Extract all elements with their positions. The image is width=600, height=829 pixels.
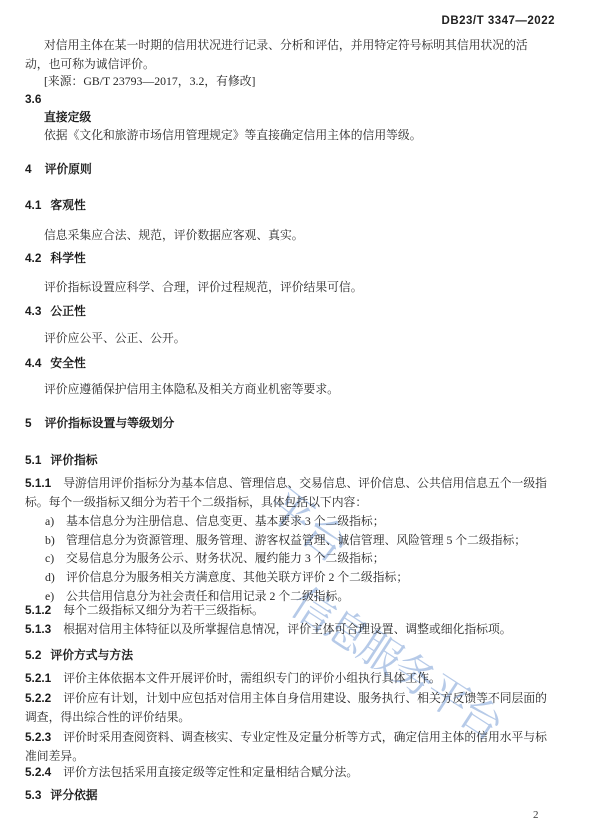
heading-4-2-title: 科学性 xyxy=(50,251,85,265)
intro-paragraph: 对信用主体在某一时期的信用状况进行记录、分析和评估，并用特定符号标明其信用状况的… xyxy=(25,36,551,73)
chapter-4-heading: 4评价原则 xyxy=(25,160,551,179)
heading-5-2-title: 评价方式与方法 xyxy=(50,648,133,662)
term-title: 直接定级 xyxy=(25,108,551,127)
clause-5-2-3: 5.2.3评价时采用查阅资料、调查核实、专业定性及定量分析等方式，确定信用主体的… xyxy=(25,728,551,765)
body-4-3: 评价应公平、公正、公开。 xyxy=(25,329,551,348)
clause-5-2-4-text: 评价方法包括采用直接定级等定性和定量相结合赋分法。 xyxy=(63,765,358,779)
body-4-4: 评价应遵循保护信用主体隐私及相关方商业机密等要求。 xyxy=(25,380,551,399)
list-item-d-label: d) xyxy=(45,568,66,587)
body-4-2: 评价指标设置应科学、合理，评价过程规范，评价结果可信。 xyxy=(25,278,551,297)
heading-5-3-title: 评分依据 xyxy=(50,788,97,802)
clause-5-2-2-text: 评价应有计划，计划中应包括对信用主体自身信用建设、服务执行、相关方反馈等不同层面… xyxy=(25,691,547,724)
heading-4-2-number: 4.2 xyxy=(25,251,41,265)
heading-4-3-number: 4.3 xyxy=(25,304,41,318)
list-item-b-label: b) xyxy=(45,531,66,550)
heading-4-4-title: 安全性 xyxy=(50,356,85,370)
chapter-4-number: 4 xyxy=(25,162,32,176)
chapter-5-title: 评价指标设置与等级划分 xyxy=(45,416,175,430)
list-item-d-text: 评价信息分为服务相关方满意度、其他关联方评价 2 个二级指标； xyxy=(66,568,551,587)
term-definition: 依据《文化和旅游市场信用管理规定》等直接确定信用主体的信用等级。 xyxy=(25,126,551,145)
chapter-5-number: 5 xyxy=(25,416,32,430)
list-item-d: d)评价信息分为服务相关方满意度、其他关联方评价 2 个二级指标； xyxy=(25,568,551,587)
heading-4-1: 4.1客观性 xyxy=(25,196,551,215)
heading-4-4: 4.4安全性 xyxy=(25,354,551,373)
list-item-c-text: 交易信息分为服务公示、财务状况、履约能力 3 个二级指标； xyxy=(66,549,551,568)
heading-5-1-number: 5.1 xyxy=(25,453,41,467)
clause-5-1-3-number: 5.1.3 xyxy=(25,622,51,636)
heading-4-3: 4.3公正性 xyxy=(25,302,551,321)
clause-5-2-3-number: 5.2.3 xyxy=(25,730,51,744)
term-number-3-6: 3.6 xyxy=(25,90,551,109)
clause-5-2-2-number: 5.2.2 xyxy=(25,691,51,705)
heading-5-1: 5.1评价指标 xyxy=(25,451,551,470)
list-item-a: a)基本信息分为注册信息、信息变更、基本要求 3 个二级指标； xyxy=(25,512,551,531)
clause-5-1-1-number: 5.1.1 xyxy=(25,476,51,490)
clause-5-1-1-text: 导游信用评价指标分为基本信息、管理信息、交易信息、评价信息、公共信用信息五个一级… xyxy=(25,476,547,509)
clause-5-1-2: 5.1.2每个二级指标又细分为若干三级指标。 xyxy=(25,601,551,620)
chapter-5-heading: 5评价指标设置与等级划分 xyxy=(25,414,551,433)
standard-number-header: DB23/T 3347—2022 xyxy=(442,12,555,31)
clause-5-2-1: 5.2.1评价主体依据本文件开展评价时，需组织专门的评价小组执行具体工作。 xyxy=(25,669,551,688)
list-item-a-text: 基本信息分为注册信息、信息变更、基本要求 3 个二级指标； xyxy=(66,512,551,531)
clause-5-2-1-number: 5.2.1 xyxy=(25,671,51,685)
source-note: [来源：GB/T 23793—2017，3.2，有修改] xyxy=(25,72,551,91)
clause-5-2-4: 5.2.4评价方法包括采用直接定级等定性和定量相结合赋分法。 xyxy=(25,763,551,782)
list-item-c: c)交易信息分为服务公示、财务状况、履约能力 3 个二级指标； xyxy=(25,549,551,568)
heading-4-4-number: 4.4 xyxy=(25,356,41,370)
clause-5-2-4-number: 5.2.4 xyxy=(25,765,51,779)
list-item-b: b)管理信息分为资源管理、服务管理、游客权益管理、诚信管理、风险管理 5 个二级… xyxy=(25,531,551,550)
clause-5-2-1-text: 评价主体依据本文件开展评价时，需组织专门的评价小组执行具体工作。 xyxy=(63,671,441,685)
clause-5-1-2-number: 5.1.2 xyxy=(25,603,51,617)
chapter-4-title: 评价原则 xyxy=(45,162,92,176)
heading-4-2: 4.2科学性 xyxy=(25,249,551,268)
heading-5-1-title: 评价指标 xyxy=(50,453,97,467)
clause-5-1-3-text: 根据对信用主体特征以及所掌握信息情况，评价主体可合理设置、调整或细化指标项。 xyxy=(63,622,511,636)
heading-4-1-title: 客观性 xyxy=(50,198,85,212)
list-item-c-label: c) xyxy=(45,549,66,568)
clause-5-1-1: 5.1.1导游信用评价指标分为基本信息、管理信息、交易信息、评价信息、公共信用信… xyxy=(25,474,551,511)
list-item-a-label: a) xyxy=(45,512,66,531)
heading-5-2-number: 5.2 xyxy=(25,648,41,662)
clause-5-2-3-text: 评价时采用查阅资料、调查核实、专业定性及定量分析等方式，确定信用主体的信用水平与… xyxy=(25,730,547,763)
heading-4-3-title: 公正性 xyxy=(50,304,85,318)
indicator-list: a)基本信息分为注册信息、信息变更、基本要求 3 个二级指标； b)管理信息分为… xyxy=(25,512,551,606)
heading-5-2: 5.2评价方式与方法 xyxy=(25,646,551,665)
heading-5-3: 5.3评分依据 xyxy=(25,786,551,805)
clause-5-2-2: 5.2.2评价应有计划，计划中应包括对信用主体自身信用建设、服务执行、相关方反馈… xyxy=(25,689,551,726)
body-4-1: 信息采集应合法、规范，评价数据应客观、真实。 xyxy=(25,226,551,245)
document-page: 平台 信息服务平台 DB23/T 3347—2022 对信用主体在某一时期的信用… xyxy=(0,0,600,829)
clause-5-1-2-text: 每个二级指标又细分为若干三级指标。 xyxy=(63,603,264,617)
clause-5-1-3: 5.1.3根据对信用主体特征以及所掌握信息情况，评价主体可合理设置、调整或细化指… xyxy=(25,620,551,639)
heading-4-1-number: 4.1 xyxy=(25,198,41,212)
list-item-b-text: 管理信息分为资源管理、服务管理、游客权益管理、诚信管理、风险管理 5 个二级指标… xyxy=(66,531,551,550)
page-number: 2 xyxy=(533,806,539,825)
heading-5-3-number: 5.3 xyxy=(25,788,41,802)
